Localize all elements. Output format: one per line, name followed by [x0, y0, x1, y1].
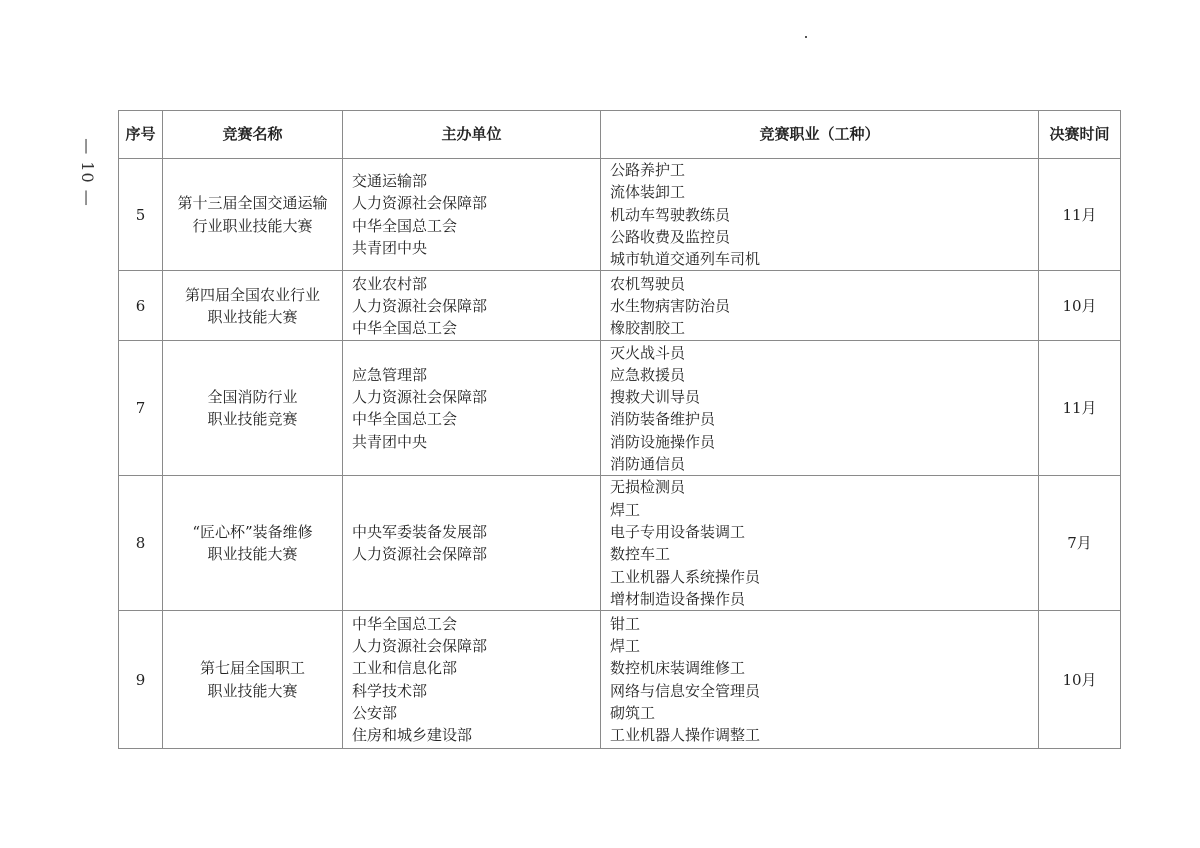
competition-table: 序号 竞赛名称 主办单位 竞赛职业（工种） 决赛时间 5 第十三届全国交通运输 …: [118, 110, 1121, 749]
organizers: 应急管理部 人力资源社会保障部 中华全国总工会 共青团中央: [343, 341, 601, 476]
organizers: 农业农村部 人力资源社会保障部 中华全国总工会: [343, 271, 601, 341]
row-no: 9: [119, 611, 163, 749]
header-name: 竞赛名称: [163, 111, 343, 159]
table-header-row: 序号 竞赛名称 主办单位 竞赛职业（工种） 决赛时间: [119, 111, 1121, 159]
occupations: 无损检测员 焊工 电子专用设备装调工 数控车工 工业机器人系统操作员 增材制造设…: [601, 476, 1039, 611]
organizers: 中华全国总工会 人力资源社会保障部 工业和信息化部 科学技术部 公安部 住房和城…: [343, 611, 601, 749]
final-time: 11月: [1039, 341, 1121, 476]
page-number: — 10 —: [72, 132, 102, 212]
table-row: 6 第四届全国农业行业 职业技能大赛 农业农村部 人力资源社会保障部 中华全国总…: [119, 271, 1121, 341]
occupations: 灭火战斗员 应急救援员 搜救犬训导员 消防装备维护员 消防设施操作员 消防通信员: [601, 341, 1039, 476]
header-organizers: 主办单位: [343, 111, 601, 159]
table-row: 8 “匠心杯”装备维修 职业技能大赛 中央军委装备发展部 人力资源社会保障部 无…: [119, 476, 1121, 611]
header-occupations: 竞赛职业（工种）: [601, 111, 1039, 159]
competition-name: “匠心杯”装备维修 职业技能大赛: [163, 476, 343, 611]
occupations: 农机驾驶员 水生物病害防治员 橡胶割胶工: [601, 271, 1039, 341]
competition-name: 第十三届全国交通运输 行业职业技能大赛: [163, 159, 343, 271]
table-row: 5 第十三届全国交通运输 行业职业技能大赛 交通运输部 人力资源社会保障部 中华…: [119, 159, 1121, 271]
final-time: 11月: [1039, 159, 1121, 271]
competition-name: 第七届全国职工 职业技能大赛: [163, 611, 343, 749]
scan-speck: [805, 36, 807, 38]
row-no: 7: [119, 341, 163, 476]
row-no: 8: [119, 476, 163, 611]
row-no: 5: [119, 159, 163, 271]
competition-name: 第四届全国农业行业 职业技能大赛: [163, 271, 343, 341]
table-row: 7 全国消防行业 职业技能竞赛 应急管理部 人力资源社会保障部 中华全国总工会 …: [119, 341, 1121, 476]
header-no: 序号: [119, 111, 163, 159]
final-time: 7月: [1039, 476, 1121, 611]
table-row: 9 第七届全国职工 职业技能大赛 中华全国总工会 人力资源社会保障部 工业和信息…: [119, 611, 1121, 749]
organizers: 交通运输部 人力资源社会保障部 中华全国总工会 共青团中央: [343, 159, 601, 271]
organizers: 中央军委装备发展部 人力资源社会保障部: [343, 476, 601, 611]
occupations: 公路养护工 流体装卸工 机动车驾驶教练员 公路收费及监控员 城市轨道交通列车司机: [601, 159, 1039, 271]
final-time: 10月: [1039, 271, 1121, 341]
occupations: 钳工 焊工 数控机床装调维修工 网络与信息安全管理员 砌筑工 工业机器人操作调整…: [601, 611, 1039, 749]
header-final-time: 决赛时间: [1039, 111, 1121, 159]
row-no: 6: [119, 271, 163, 341]
final-time: 10月: [1039, 611, 1121, 749]
competition-name: 全国消防行业 职业技能竞赛: [163, 341, 343, 476]
